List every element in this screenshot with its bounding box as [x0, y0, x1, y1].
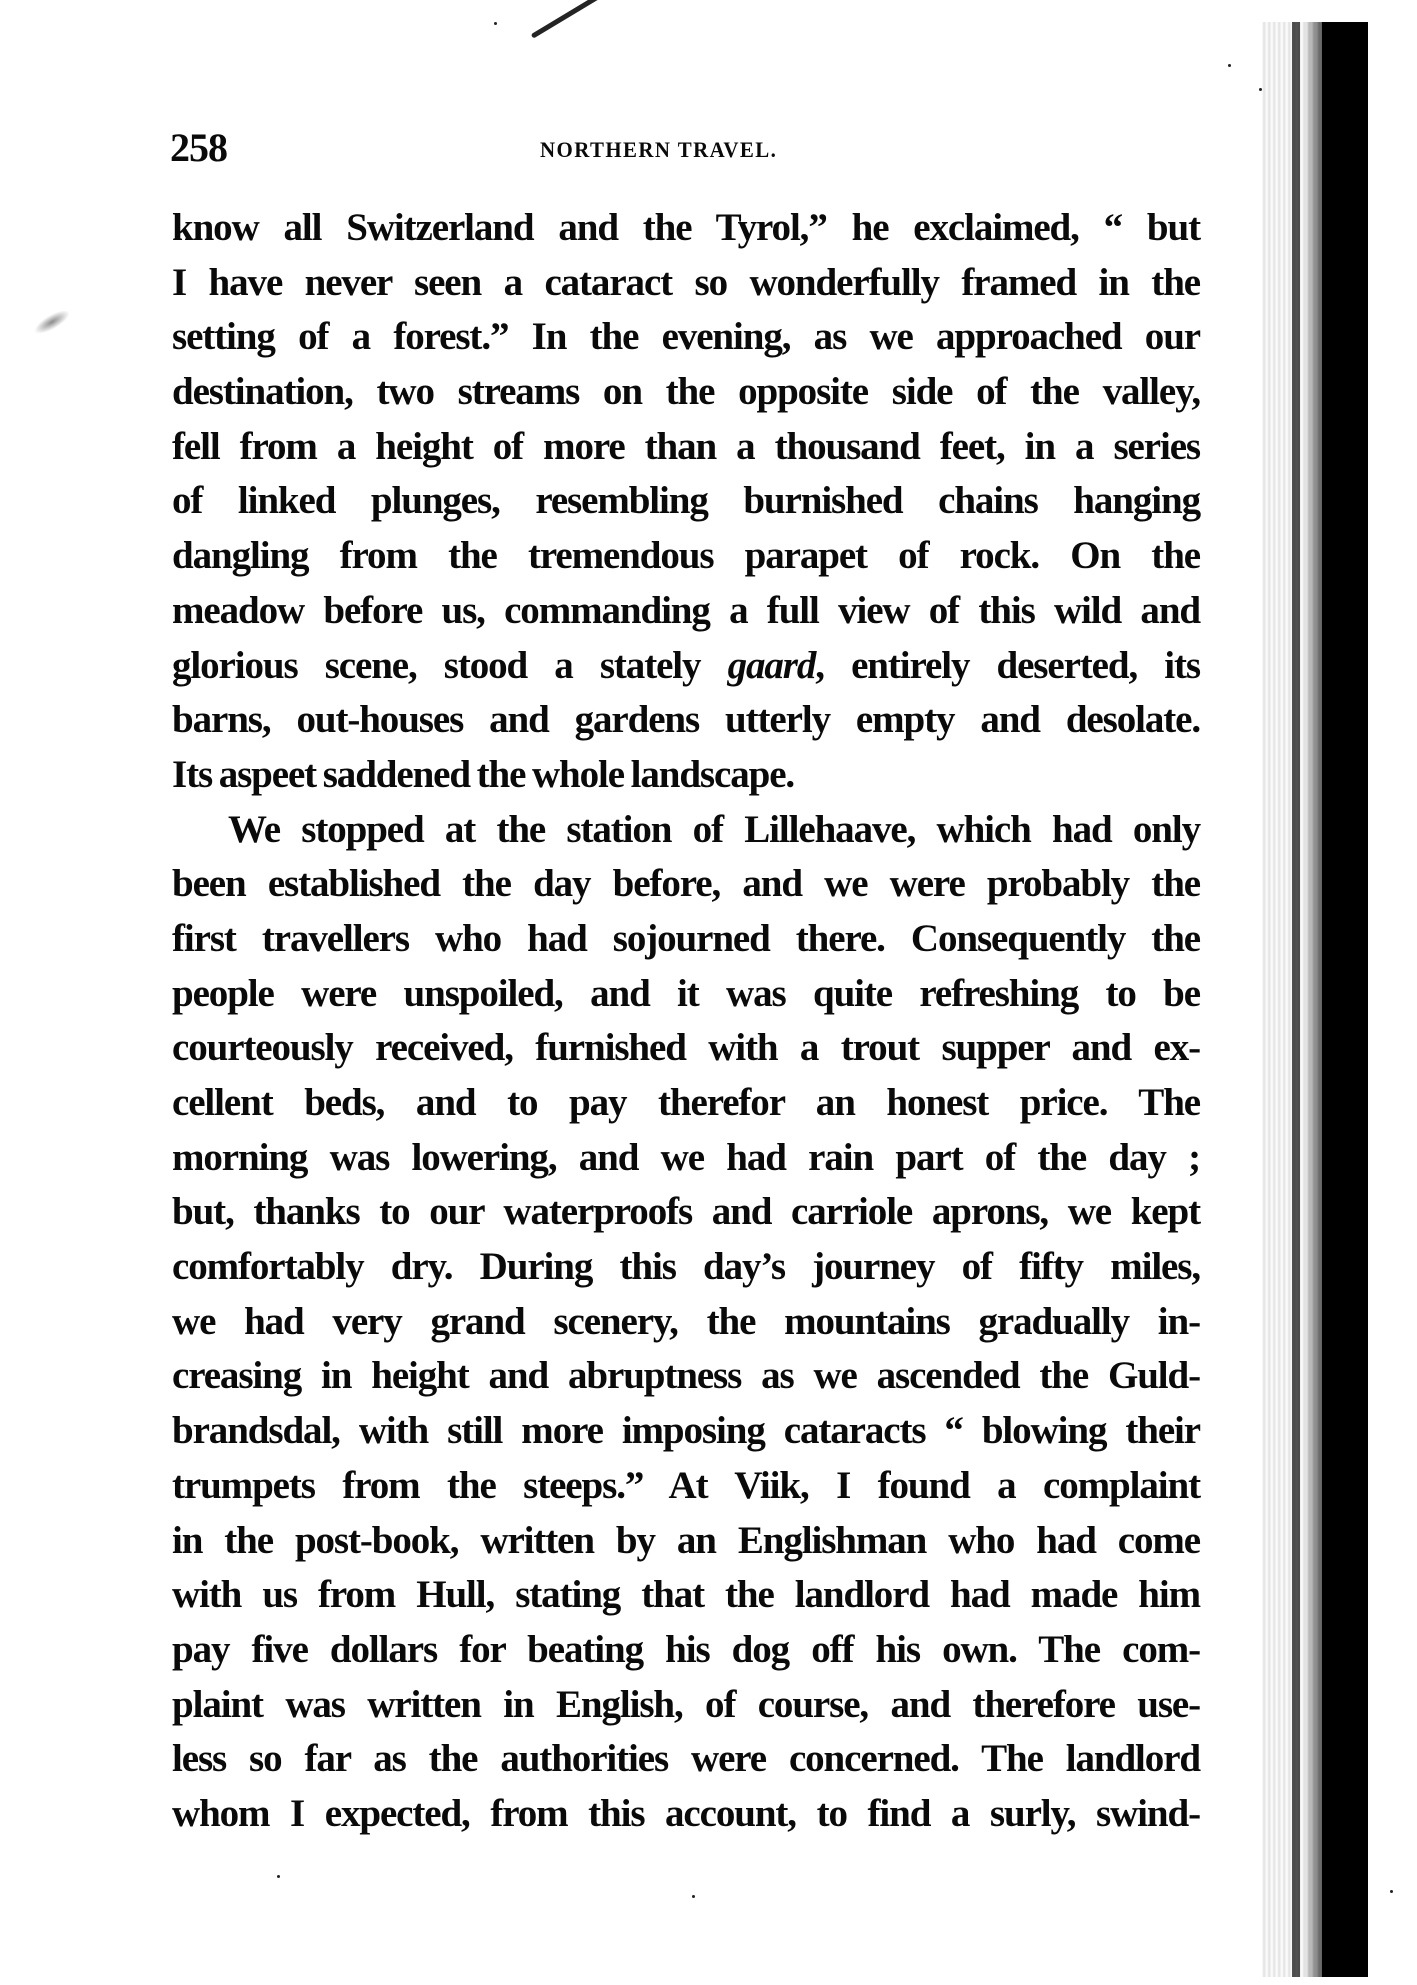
text-line: glorious scene, stood a stately gaard, e…	[172, 639, 1200, 694]
text-line: been established the day before, and we …	[172, 857, 1200, 912]
text-line: trumpets from the steeps.” At Viik, I fo…	[172, 1459, 1200, 1514]
scan-speckle	[1259, 88, 1262, 91]
text-line: plaint was written in English, of course…	[172, 1678, 1200, 1733]
text-line: courteously received, furnished with a t…	[172, 1021, 1200, 1076]
text-line: pay five dollars for beating his dog off…	[172, 1623, 1200, 1678]
pen-mark	[531, 0, 604, 39]
text-line: meadow before us, commanding a full view…	[172, 584, 1200, 639]
text-line: barns, out-houses and gardens utterly em…	[172, 693, 1200, 748]
text-line: cellent beds, and to pay therefor an hon…	[172, 1076, 1200, 1131]
text-line: first travellers who had sojourned there…	[172, 912, 1200, 967]
text-line: with us from Hull, stating that the land…	[172, 1568, 1200, 1623]
text-line: fell from a height of more than a thousa…	[172, 420, 1200, 475]
text-line: in the post-book, written by an Englishm…	[172, 1514, 1200, 1569]
running-head: NORTHERN TRAVEL.	[540, 136, 777, 164]
ink-smudge	[31, 306, 73, 338]
text-line: creasing in height and abruptness as we …	[172, 1349, 1200, 1404]
page-number: 258	[170, 124, 227, 172]
text-line: of linked plunges, resembling burnished …	[172, 474, 1200, 529]
text-line: know all Switzerland and the Tyrol,” he …	[172, 201, 1200, 256]
text-line: setting of a forest.” In the evening, as…	[172, 310, 1200, 365]
text-line: less so far as the authorities were conc…	[172, 1732, 1200, 1787]
binding-gutter-line	[1292, 22, 1300, 1977]
book-page: 258 NORTHERN TRAVEL. know all Switzerlan…	[0, 0, 1417, 1985]
text-line: but, thanks to our waterproofs and carri…	[172, 1185, 1200, 1240]
scan-speckle	[1228, 64, 1231, 67]
scan-speckle	[494, 22, 497, 25]
text-line: dangling from the tremendous parapet of …	[172, 529, 1200, 584]
text-segment: glorious scene, stood a stately	[172, 644, 728, 687]
italic-term: gaard	[728, 644, 816, 687]
text-line: We stopped at the station of Lillehaave,…	[172, 803, 1200, 858]
text-line: morning was lowering, and we had rain pa…	[172, 1131, 1200, 1186]
text-line: people were unspoiled, and it was quite …	[172, 967, 1200, 1022]
scan-speckle	[277, 1875, 280, 1878]
text-line: Its aspeet saddened the whole landscape.	[172, 748, 1200, 803]
text-line: brandsdal, with still more imposing cata…	[172, 1404, 1200, 1459]
scan-speckle	[1390, 1890, 1393, 1893]
text-line: whom I expected, from this account, to f…	[172, 1787, 1200, 1842]
text-line: destination, two streams on the opposite…	[172, 365, 1200, 420]
body-text: know all Switzerland and the Tyrol,” he …	[172, 201, 1200, 1842]
binding-gutter-band	[1322, 22, 1368, 1977]
text-line: we had very grand scenery, the mountains…	[172, 1295, 1200, 1350]
scan-speckle	[692, 1895, 695, 1898]
binding-gutter-fade	[1304, 22, 1324, 1977]
text-segment: , entirely deserted, its	[815, 644, 1200, 687]
text-line: I have never seen a cataract so wonderfu…	[172, 256, 1200, 311]
text-line: comfortably dry. During this day’s journ…	[172, 1240, 1200, 1295]
